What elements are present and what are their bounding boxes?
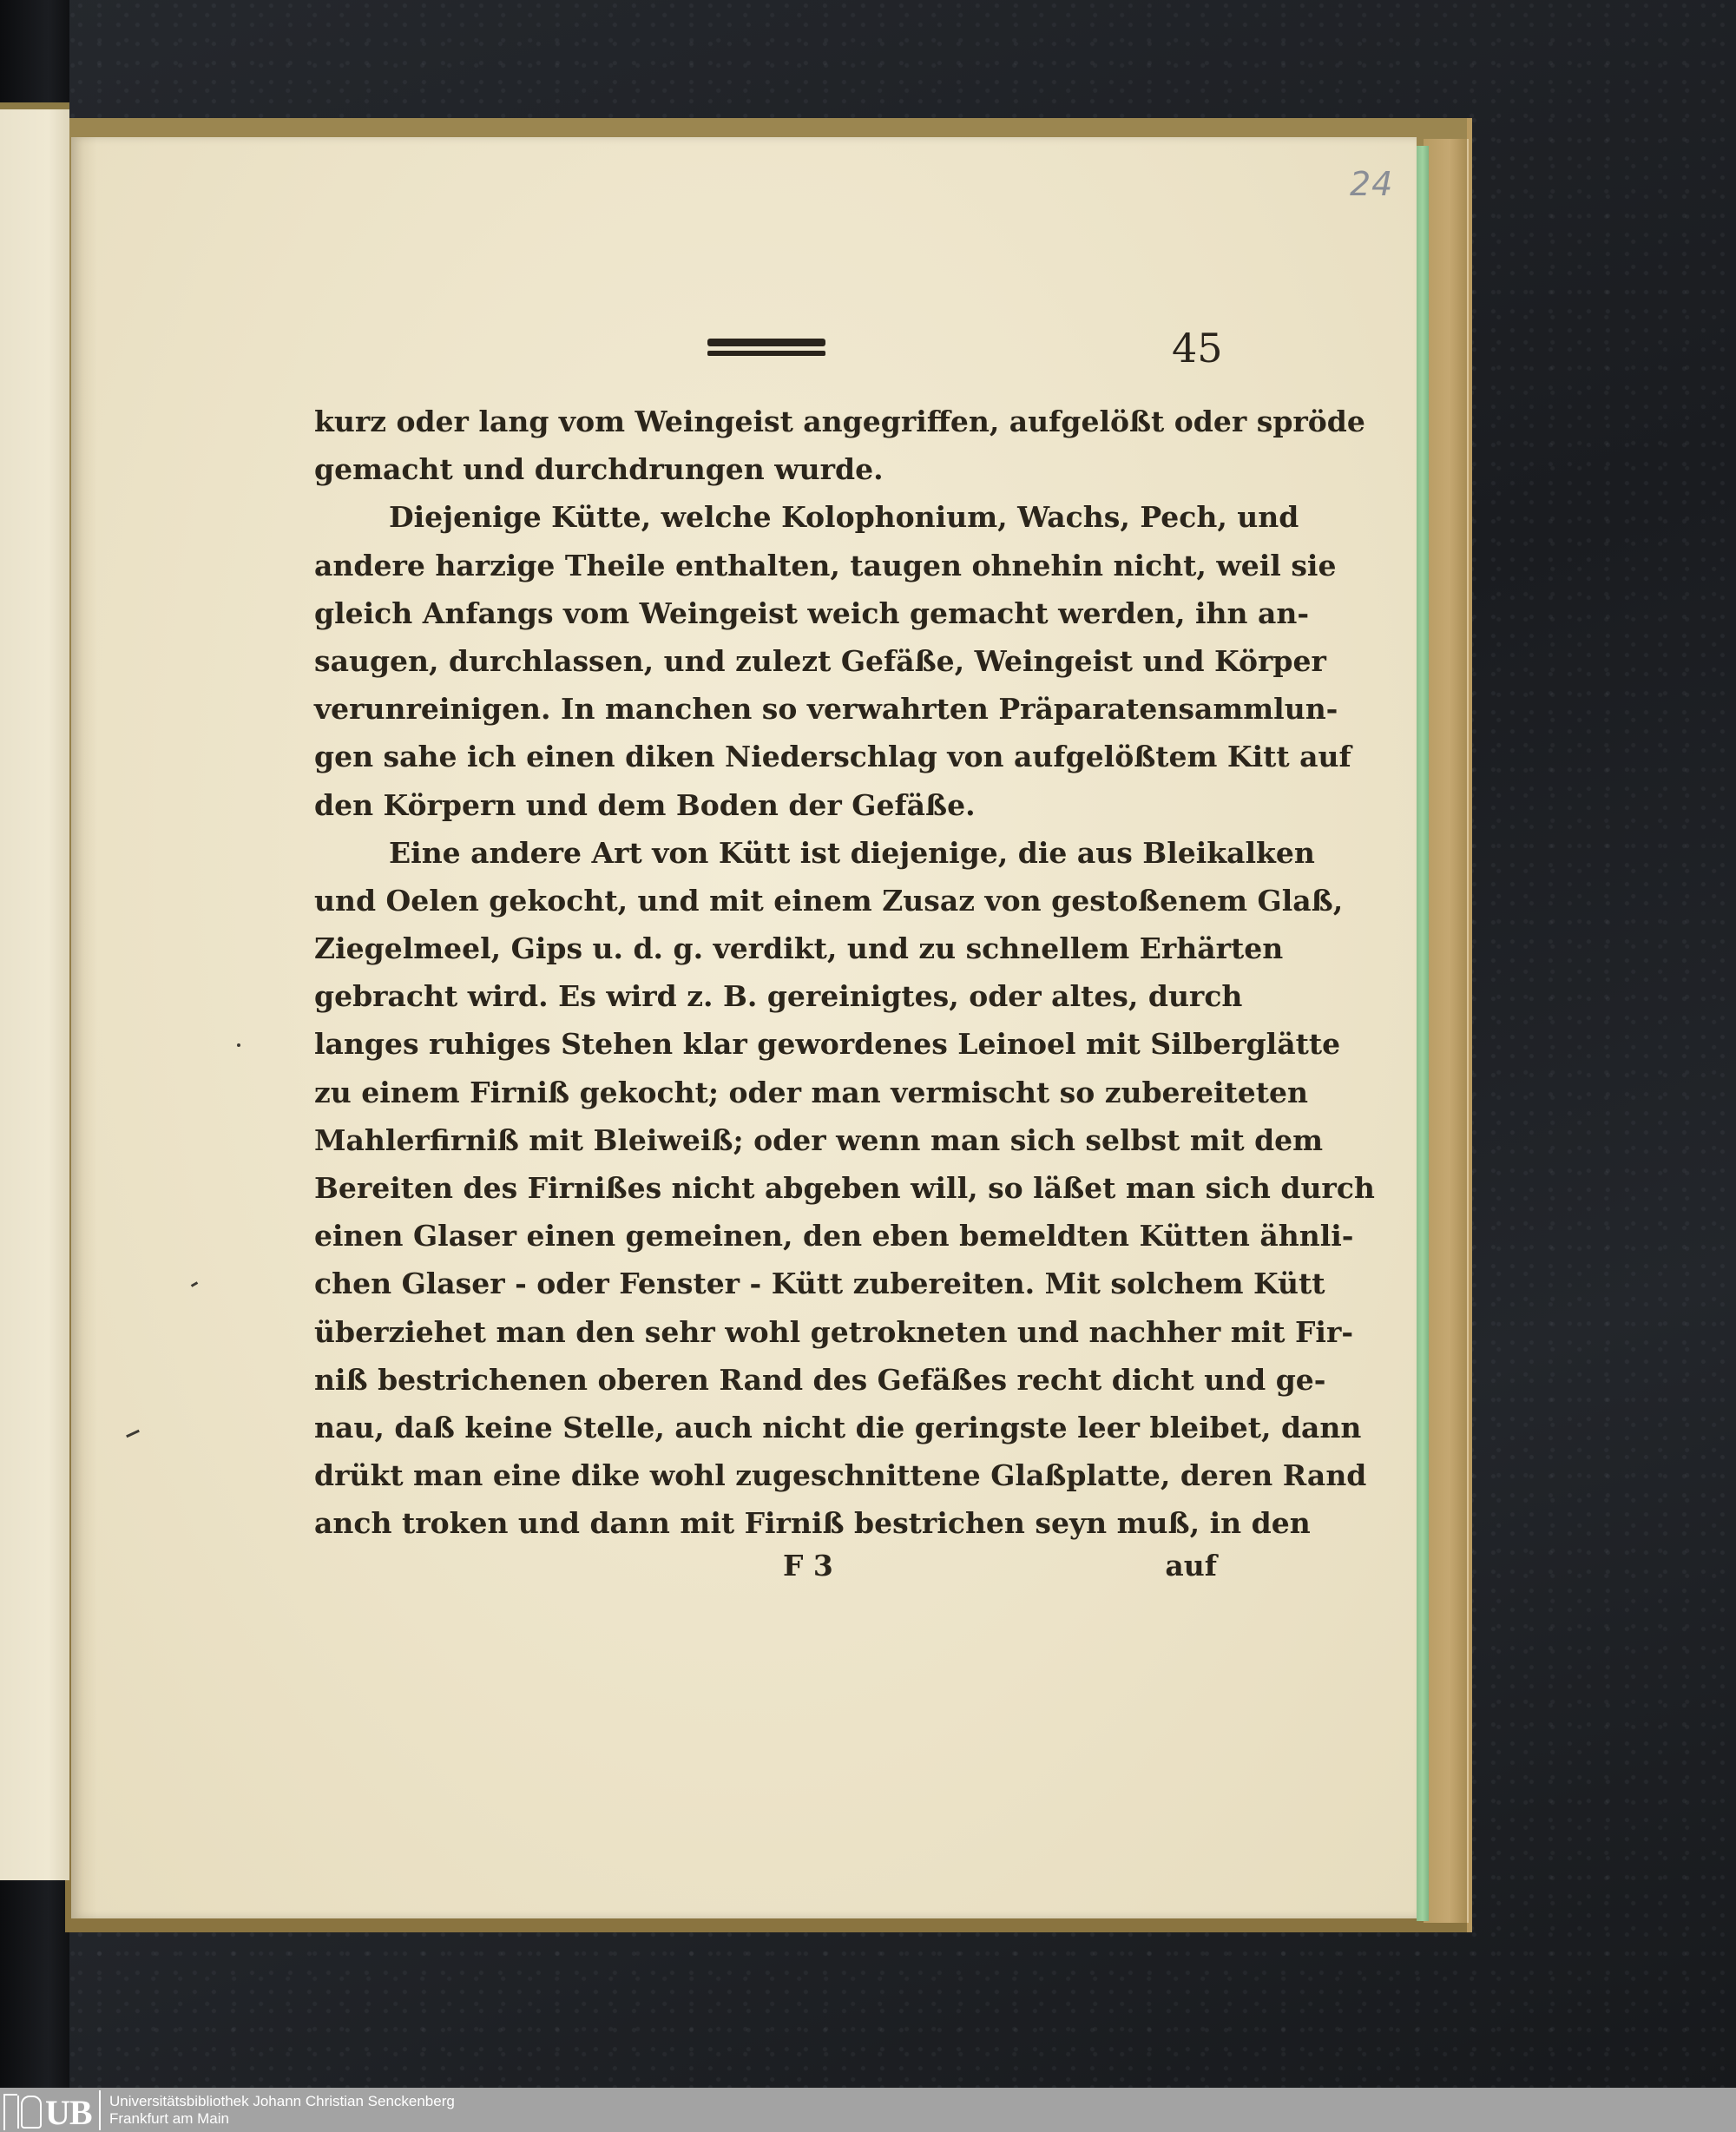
text-line: gemacht und durchdrungen wurde. (314, 445, 1217, 493)
text-line: überziehet man den sehr wohl getrokneten… (314, 1308, 1217, 1356)
text-line: zu einem Firniß gekocht; oder man vermis… (314, 1069, 1217, 1116)
ink-speck (237, 1043, 240, 1047)
portrait-icon (21, 2096, 42, 2129)
text-line: drükt man eine dike wohl zugeschnittene … (314, 1451, 1217, 1499)
rule-thin (707, 351, 825, 356)
footer-institution-text: Universitätsbibliothek Johann Christian … (109, 2093, 455, 2128)
text-line: langes ruhiges Stehen klar gewordenes Le… (314, 1020, 1217, 1068)
header-double-rule (707, 339, 825, 358)
text-line: anch troken und dann mit Firniß bestrich… (314, 1499, 1217, 1547)
body-text: kurz oder lang vom Weingeist angegriffen… (314, 398, 1217, 1548)
institution-name: Universitätsbibliothek Johann Christian … (109, 2093, 455, 2110)
text-line: saugen, durchlassen, und zulezt Gefäße, … (314, 637, 1217, 685)
text-line: und Oelen gekocht, und mit einem Zusaz v… (314, 877, 1217, 925)
text-line: verunreinigen. In manchen so verwahrten … (314, 685, 1217, 733)
text-line: andere harzige Theile enthalten, taugen … (314, 542, 1217, 589)
text-line: Ziegelmeel, Gips u. d. g. verdikt, und z… (314, 925, 1217, 972)
text-line: den Körpern und dem Boden der Gefäße. (314, 781, 1217, 829)
institution-city: Frankfurt am Main (109, 2110, 455, 2128)
text-line: nau, daß keine Stelle, auch nicht die ge… (314, 1404, 1217, 1451)
library-footer-bar: UB Universitätsbibliothek Johann Christi… (0, 2088, 1736, 2132)
text-line: Mahlerfirniß mit Bleiweiß; oder wenn man… (314, 1116, 1217, 1164)
text-line: niß bestrichenen oberen Rand des Gefäßes… (314, 1356, 1217, 1404)
green-page-edge (1417, 146, 1429, 1921)
page-footer-line: F 3 auf (314, 1549, 1217, 1596)
printer-signature: F 3 (783, 1549, 833, 1583)
ub-logo-text: UB (45, 2092, 92, 2132)
text-line: einen Glaser einen gemeinen, den eben be… (314, 1212, 1217, 1260)
text-line: gebracht wird. Es wird z. B. gereinigtes… (314, 972, 1217, 1020)
text-line: gen sahe ich einen diken Niederschlag vo… (314, 733, 1217, 780)
page-number: 45 (1172, 325, 1223, 372)
text-line: kurz oder lang vom Weingeist angegriffen… (314, 398, 1217, 445)
text-line: chen Glaser - oder Fenster - Kütt zubere… (314, 1260, 1217, 1307)
text-line: Eine andere Art von Kütt ist diejenige, … (314, 829, 1217, 877)
pencil-folio-number: 24 (1350, 165, 1393, 203)
text-line: Diejenige Kütte, welche Kolophonium, Wac… (314, 493, 1217, 541)
books-icon (3, 2094, 17, 2130)
ub-logo: UB (2, 2090, 101, 2130)
cover-board-edge (1424, 139, 1469, 1923)
rule-thick (707, 339, 825, 346)
catchword: auf (1165, 1549, 1217, 1583)
text-line: gleich Anfangs vom Weingeist weich gemac… (314, 589, 1217, 637)
left-facing-page (0, 102, 69, 1880)
text-line: Bereiten des Firnißes nicht abgeben will… (314, 1164, 1217, 1212)
